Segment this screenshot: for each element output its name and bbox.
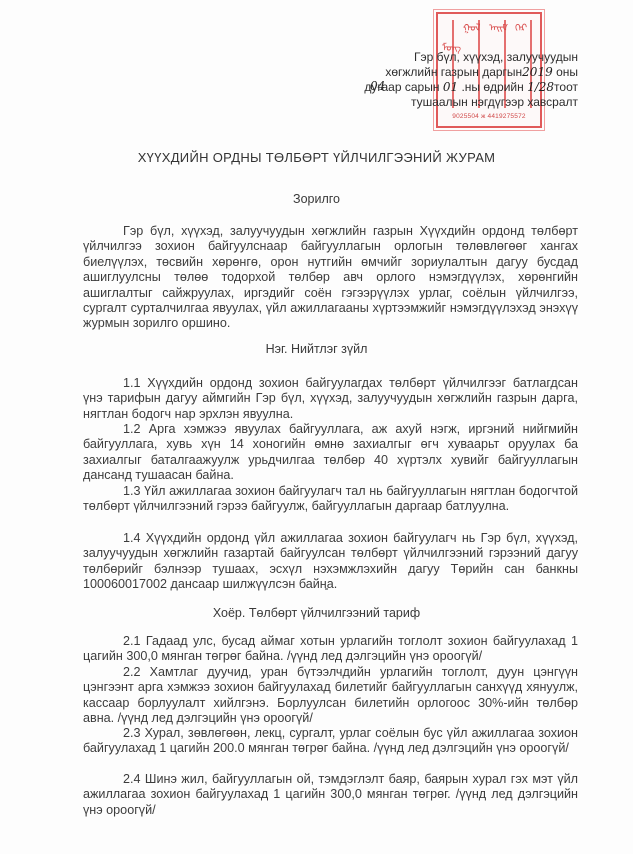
section-heading-purpose: Зорилго — [0, 192, 633, 206]
paragraph-text: 1.1 Хүүхдийн ордонд зохион байгуулагдах … — [83, 376, 578, 421]
paragraph-text: 1.2 Арга хэмжээ явуулах байгууллага, аж … — [83, 422, 578, 482]
header-line-2: хөгжлийн газрын даргын2019 оны — [364, 65, 578, 80]
purpose-paragraph: Гэр бүл, хүүхэд, залуучуудын хөгжлийн га… — [83, 224, 578, 332]
header-line-3: дугаар сарын 01 .ны өдрийн 1/28тоот — [364, 80, 578, 95]
clause-2-1: 2.1 Гадаад улс, бусад аймаг хотын урлаги… — [83, 634, 578, 665]
section-heading-tariff: Хоёр. Төлбөрт үйлчилгээний тариф — [0, 606, 633, 620]
header-text: хөгжлийн газрын даргын — [385, 65, 522, 79]
scan-speck — [325, 588, 328, 590]
paragraph-text: 2.1 Гадаад улс, бусад аймаг хотын урлаги… — [83, 634, 578, 663]
clause-1-3: 1.3 Үйл ажиллагаа зохион байгуулагч тал … — [83, 484, 578, 515]
clause-2-2: 2.2 Хамтлаг дуучид, уран бүтээлчдийн урл… — [83, 665, 578, 727]
section-heading-general: Нэг. Нийтлэг зүйл — [0, 342, 633, 356]
paragraph-text: Гэр бүл, хүүхэд, залуучуудын хөгжлийн га… — [83, 224, 578, 330]
clause-2-3: 2.3 Хурал, зөвлөгөөн, лекц, сургалт, урл… — [83, 726, 578, 757]
paragraph-text: 1.4 Хүүхдийн ордонд үйл ажиллагаа зохион… — [83, 531, 578, 591]
handwritten-year: 2019 — [522, 65, 553, 79]
attachment-header: Гэр бүл, хүүхэд, залуучуудын хөгжлийн га… — [364, 50, 578, 110]
clause-1-4: 1.4 Хүүхдийн ордонд үйл ажиллагаа зохион… — [83, 531, 578, 593]
header-text: тоот — [554, 80, 578, 94]
header-text: дугаар сарын — [364, 80, 439, 94]
clause-2-4: 2.4 Шинэ жил, байгууллагын ой, тэмдэглэл… — [83, 772, 578, 818]
header-text: оны — [556, 65, 578, 79]
header-line-4: тушаалын нэгдүгээр хавсралт — [364, 95, 578, 110]
paragraph-text: 2.2 Хамтлаг дуучид, уран бүтээлчдийн урл… — [83, 665, 578, 725]
paragraph-text: 2.3 Хурал, зөвлөгөөн, лекц, сургалт, урл… — [83, 726, 578, 755]
clause-1-2: 1.2 Арга хэмжээ явуулах байгууллага, аж … — [83, 422, 578, 484]
clause-1-1: 1.1 Хүүхдийн ордонд зохион байгуулагдах … — [83, 376, 578, 422]
document-title: ХҮҮХДИЙН ОРДНЫ ТӨЛБӨРТ ҮЙЛЧИЛГЭЭНИЙ ЖУРА… — [0, 150, 633, 165]
paragraph-text: 1.3 Үйл ажиллагаа зохион байгуулагч тал … — [83, 484, 578, 513]
stamp-registry-number: 9025504 ж 4419275572 — [438, 113, 540, 120]
handwritten-month: 01 — [443, 80, 458, 94]
header-line-1: Гэр бүл, хүүхэд, залуучуудын — [364, 50, 578, 65]
paragraph-text: 2.4 Шинэ жил, байгууллагын ой, тэмдэглэл… — [83, 772, 578, 817]
handwritten-order-number: 1/28 — [527, 80, 554, 94]
document-page: ᠮᠣᠩ ᠭᠣᠯ ᠠᠢᠮ ᠭᠡᠷ 9025504 ж 4419275572 04 … — [0, 0, 633, 854]
header-text: .ны өдрийн — [461, 80, 523, 94]
